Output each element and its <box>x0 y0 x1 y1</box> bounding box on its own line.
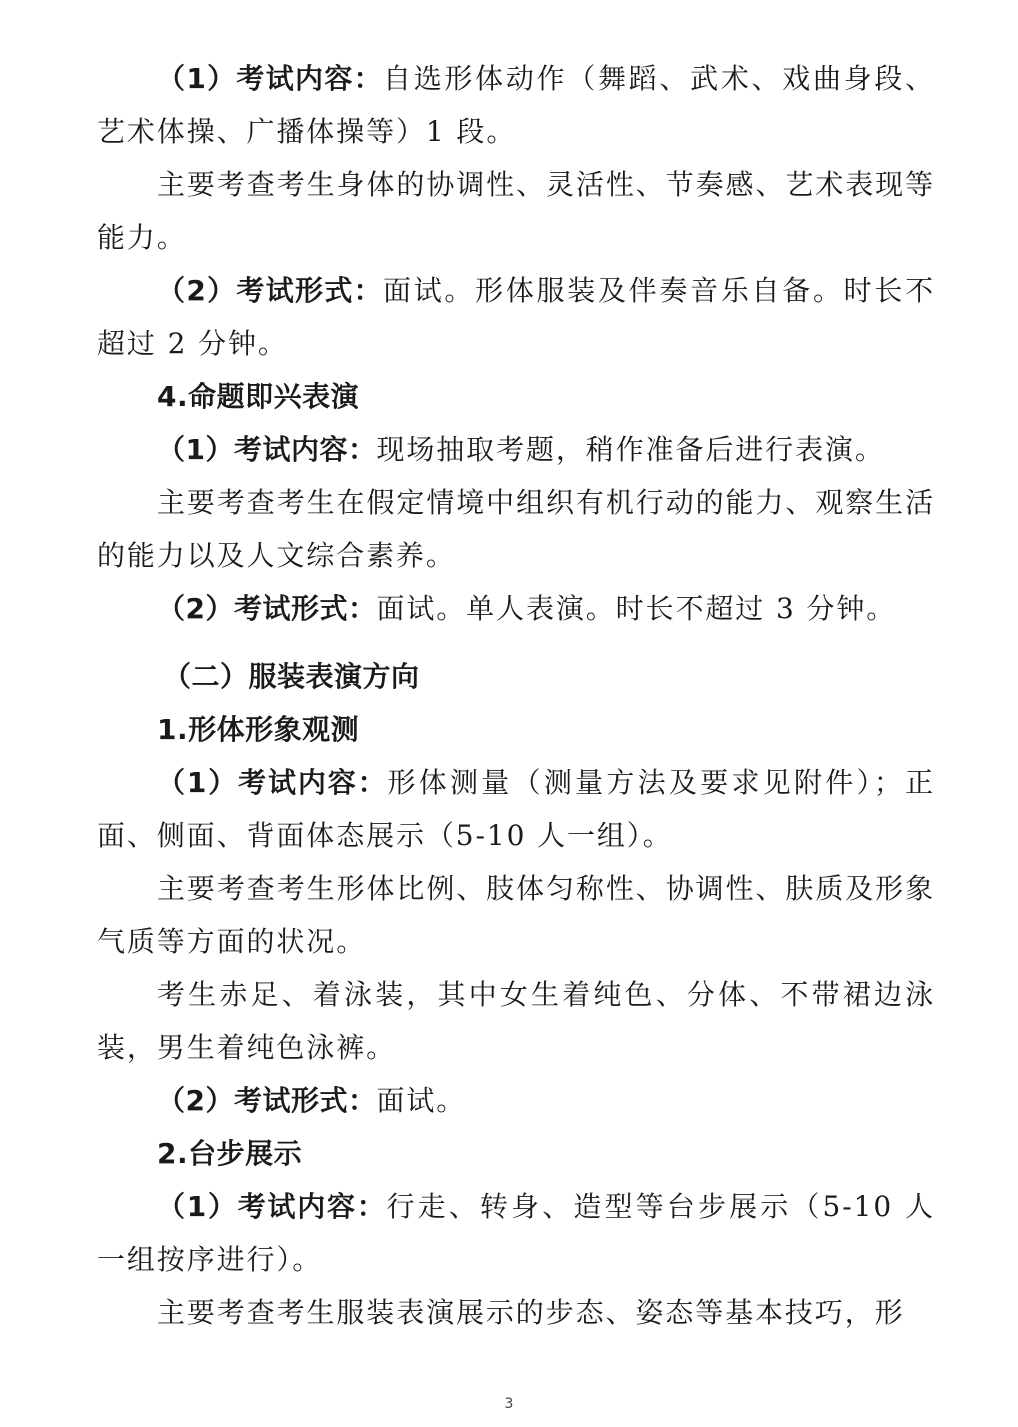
page-number: 3 <box>0 1396 1018 1412</box>
heading-improv-performance: 4.命题即兴表演 <box>97 370 935 423</box>
paragraph-exam-format: （2）考试形式：面试。 <box>97 1074 935 1127</box>
paragraph-assessment: 主要考查考生形体比例、肢体匀称性、协调性、肤质及形象气质等方面的状况。 <box>97 862 935 968</box>
section-heading-fashion-performance: （二）服装表演方向 <box>97 650 935 703</box>
label-exam-format: （2）考试形式： <box>157 592 376 625</box>
paragraph-attire: 考生赤足、着泳装，其中女生着纯色、分体、不带裙边泳装，男生着纯色泳裤。 <box>97 968 935 1074</box>
label-exam-content: （1）考试内容： <box>157 1190 386 1223</box>
paragraph-assessment: 主要考查考生服装表演展示的步态、姿态等基本技巧，形 <box>97 1286 935 1339</box>
paragraph-exam-content: （1）考试内容：自选形体动作（舞蹈、武术、戏曲身段、艺术体操、广播体操等）1 段… <box>97 52 935 158</box>
document-page: （1）考试内容：自选形体动作（舞蹈、武术、戏曲身段、艺术体操、广播体操等）1 段… <box>97 52 935 1339</box>
label-exam-format: （2）考试形式： <box>157 1084 376 1117</box>
paragraph-assessment: 主要考查考生身体的协调性、灵活性、节奏感、艺术表现等能力。 <box>97 158 935 264</box>
heading-catwalk: 2.台步展示 <box>97 1127 935 1180</box>
paragraph-exam-content: （1）考试内容：形体测量（测量方法及要求见附件）；正面、侧面、背面体态展示（5-… <box>97 756 935 862</box>
label-exam-format: （2）考试形式： <box>157 274 383 307</box>
paragraph-assessment: 主要考查考生在假定情境中组织有机行动的能力、观察生活的能力以及人文综合素养。 <box>97 476 935 582</box>
label-exam-content: （1）考试内容： <box>157 62 383 95</box>
label-exam-content: （1）考试内容： <box>157 766 387 799</box>
heading-body-image: 1.形体形象观测 <box>97 703 935 756</box>
paragraph-exam-content: （1）考试内容：行走、转身、造型等台步展示（5-10 人一组按序进行）。 <box>97 1180 935 1286</box>
label-exam-content: （1）考试内容： <box>157 433 376 466</box>
paragraph-exam-format: （2）考试形式：面试。形体服装及伴奏音乐自备。时长不超过 2 分钟。 <box>97 264 935 370</box>
paragraph-exam-content: （1）考试内容：现场抽取考题，稍作准备后进行表演。 <box>97 423 935 476</box>
paragraph-exam-format: （2）考试形式：面试。单人表演。时长不超过 3 分钟。 <box>97 582 935 635</box>
